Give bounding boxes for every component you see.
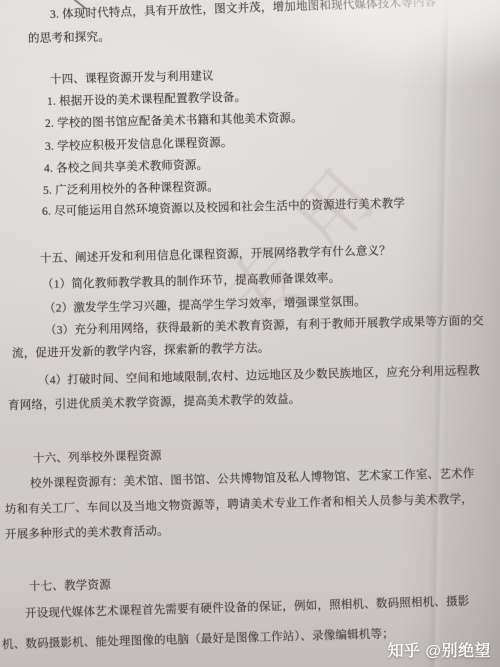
text-line: 3. 体现时代特点，具有开放性，图文并茂，增加地图和现代媒体技术等内容 [50,0,437,22]
section-heading: 十四、课程资源开发与利用建议 [50,67,214,87]
document-photo: 专用 3. 体现时代特点，具有开放性，图文并茂，增加地图和现代媒体技术等内容 的… [0,0,500,667]
section-heading: 十七、教学资源 [29,576,111,594]
section-heading: 十六、列举校外课程资源 [33,447,162,466]
text-line: 开设现代媒体艺术课程首先需要有硬件设备的保证，例如，照相机、数码照相机、摄影 [25,593,470,621]
text-line: 6. 尽可能运用自然环境资源以及校园和社会生活中的资源进行美术教学 [42,195,405,219]
text-line: （2）激发学生学习兴趣，提高学生学习效率，增强课堂氛围。 [44,293,366,316]
text-line: （4）打破时间、空间和地域限制,农村、边远地区及少数民族地区，应充分利用远程教 [38,362,480,388]
text-line: 开展多种形式的美术教育活动。 [5,522,169,542]
text-line: 校外课程资源有：美术馆、图书馆、公共博物馆及私人博物馆、艺术家工作室、艺术作 [30,465,475,491]
text-line: 3. 学校应积极开发信息化课程资源。 [45,134,233,154]
text-line: 机、数码摄影机、能处理图像的电脑（最好是图像工作站）、录像编辑机等； [2,625,394,652]
text-line: 4. 各校之间共享美术教师资源。 [44,156,209,176]
section-heading: 十五、阐述开发和利用信息化课程资源，开展网络教学有什么意义？ [40,242,391,266]
text-line: 的思考和探究。 [28,28,110,46]
zhihu-watermark: 知乎 @别绝望 [387,638,491,661]
text-line: 1. 根据开设的美术课程配置教学设备。 [47,88,247,109]
paper-crease [427,0,455,667]
text-line: 2. 学校的图书馆应配备美术书籍和其他美术资源。 [45,109,303,131]
text-line: 育网络，引进优质美术教学资源，提高美术教学的效益。 [8,390,301,413]
text-line: 5. 广泛利用校外的各种课程资源。 [43,178,219,198]
text-line: （3）充分利用网络，获得最新的美术教育资源，有利于教师开展教学成果等方面的交 [45,312,484,338]
text-line: （1）简化教师教学教具的制作环节，提高教师备课效率。 [42,269,341,292]
text-line: 坊和有关工厂、车间以及当地文物资源等，聘请美术专业工作者和相关人员参与美术教学， [5,490,473,517]
text-line: 流，促进开发新的教学内容，探索新的教学方法。 [12,339,270,361]
